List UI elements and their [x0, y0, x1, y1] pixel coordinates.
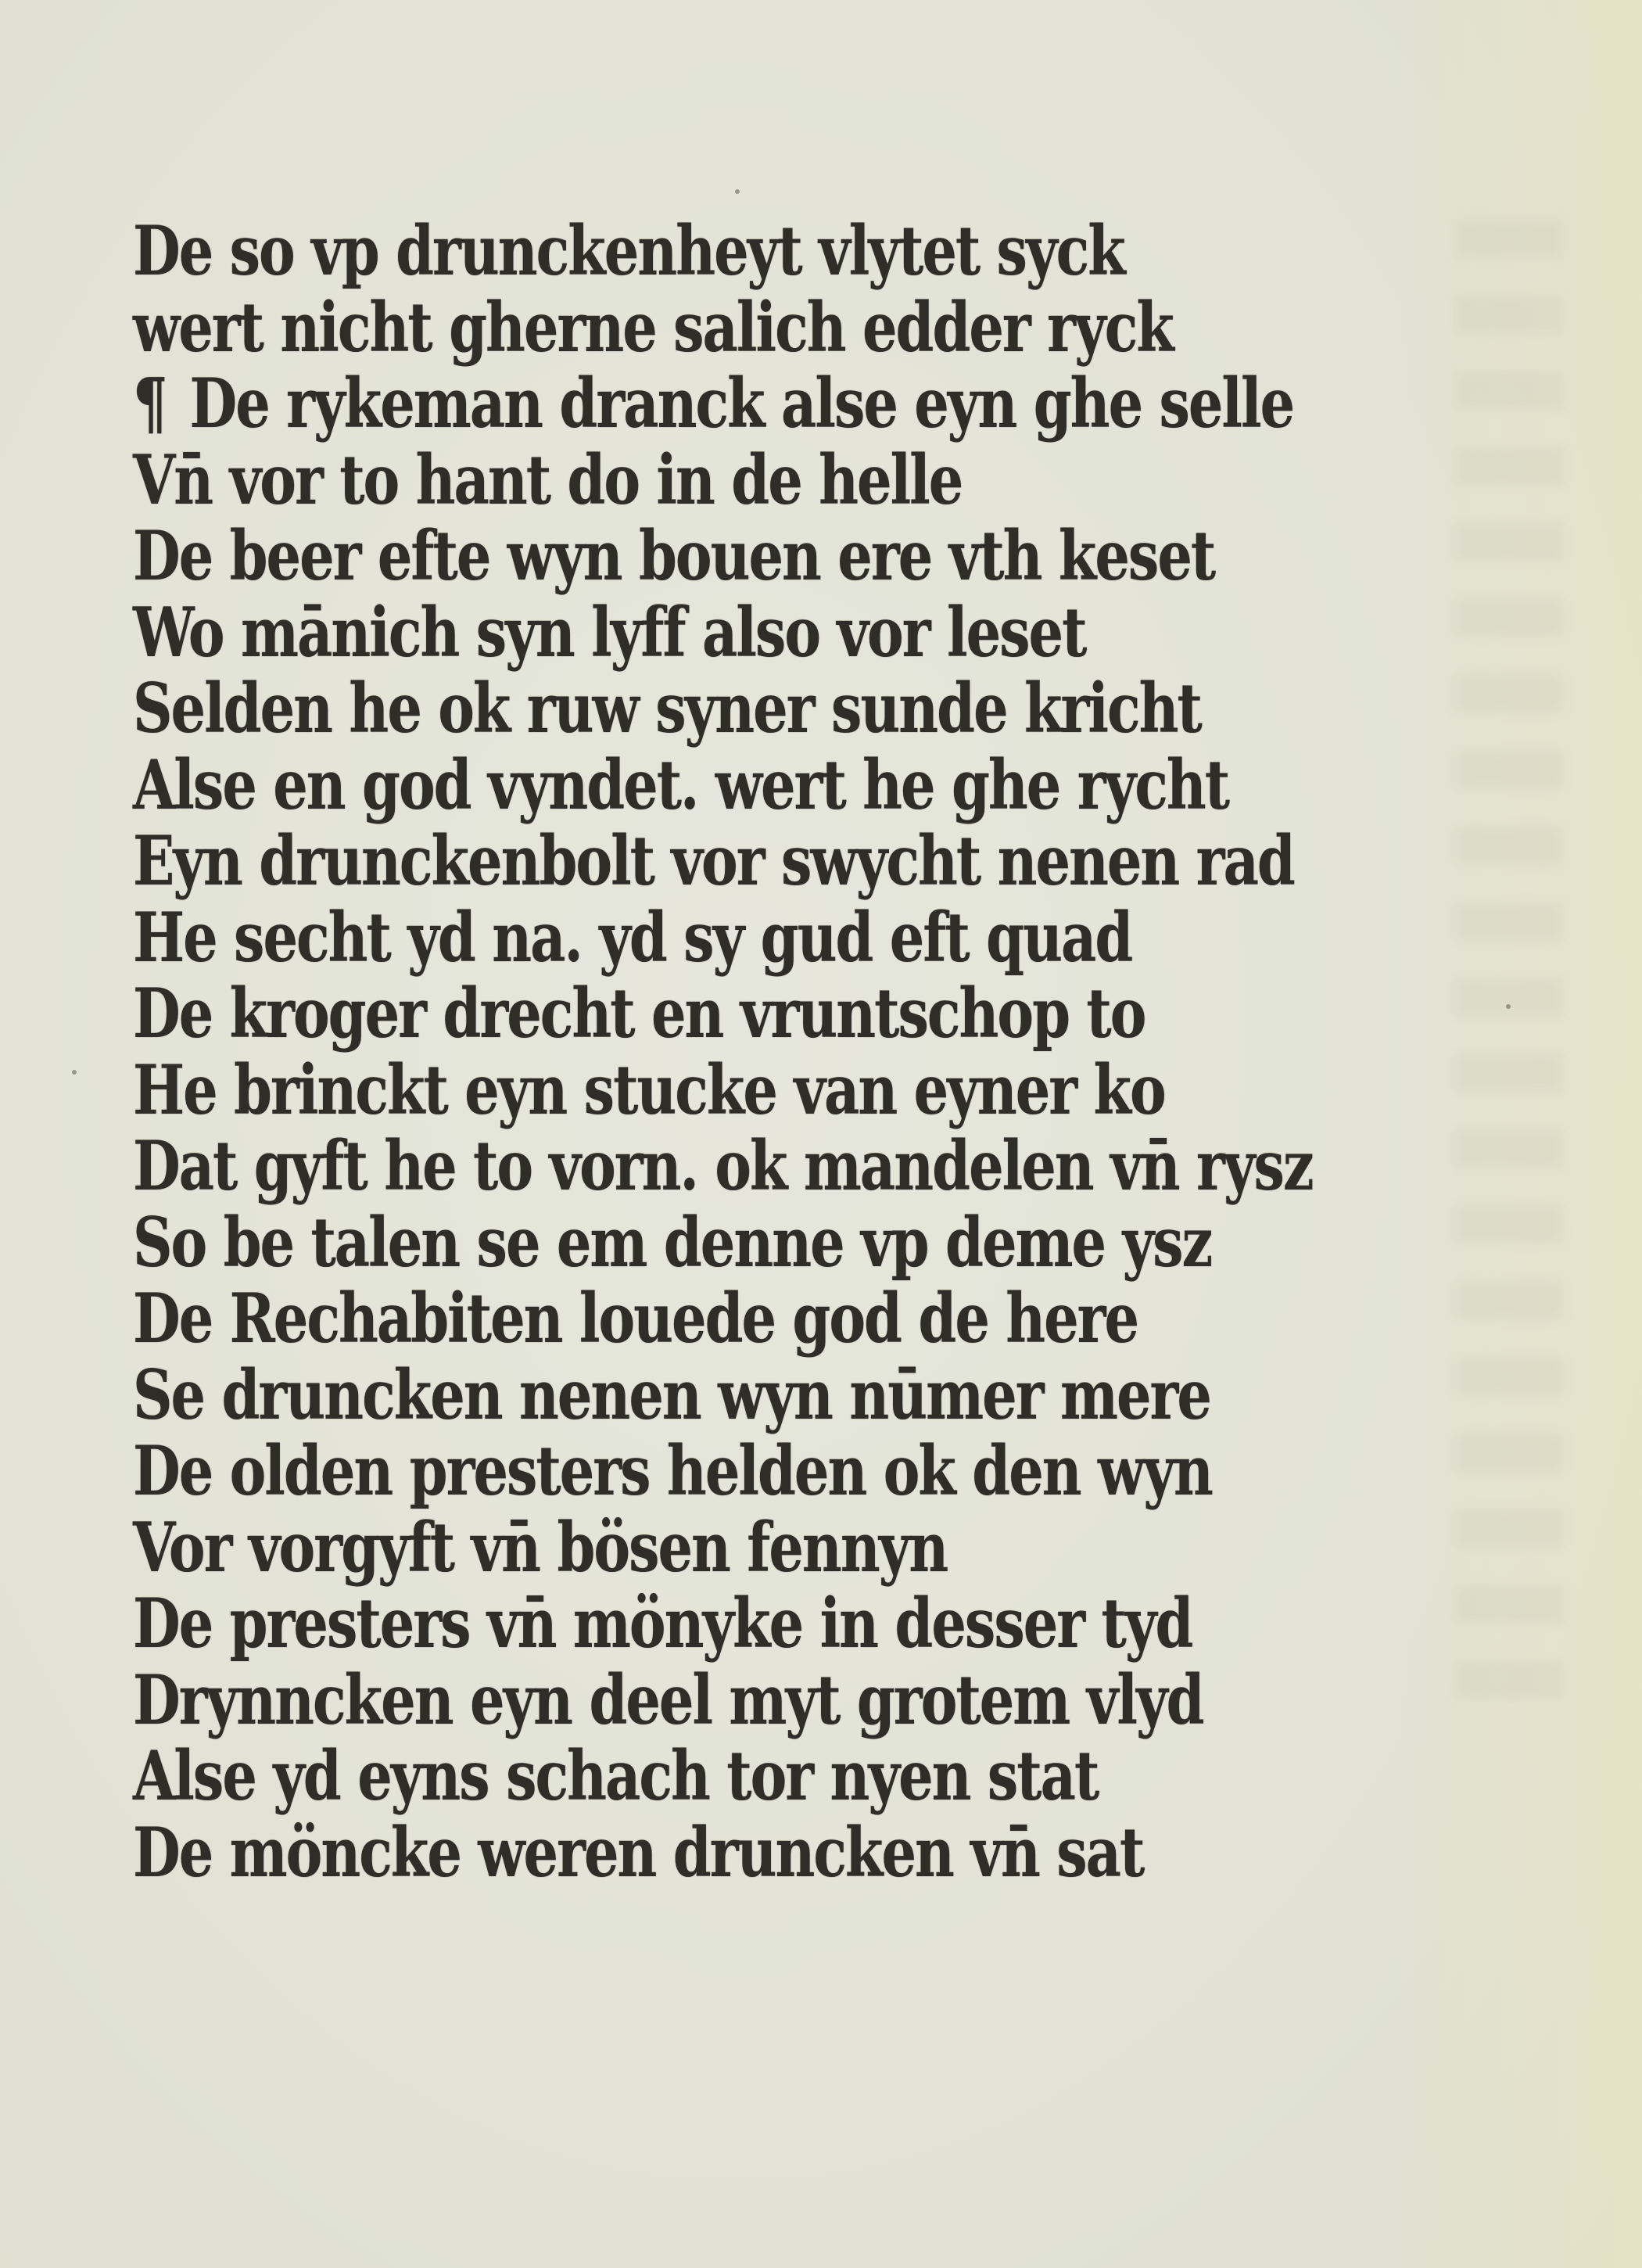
- ink-speck: [72, 1070, 77, 1075]
- verse-line-3-text: De rykeman dranck alse eyn ghe selle: [190, 363, 1294, 444]
- show-through-text: [1454, 219, 1564, 1705]
- ink-speck: [1506, 1004, 1511, 1009]
- verse-line-22: De möncke weren druncken vn̄ sat: [133, 1804, 1462, 1900]
- ink-speck: [735, 189, 740, 194]
- verse-text-block: De so vp drunckenheyt vlytet syck wert n…: [133, 213, 1462, 1890]
- book-page: De so vp drunckenheyt vlytet syck wert n…: [0, 0, 1642, 2268]
